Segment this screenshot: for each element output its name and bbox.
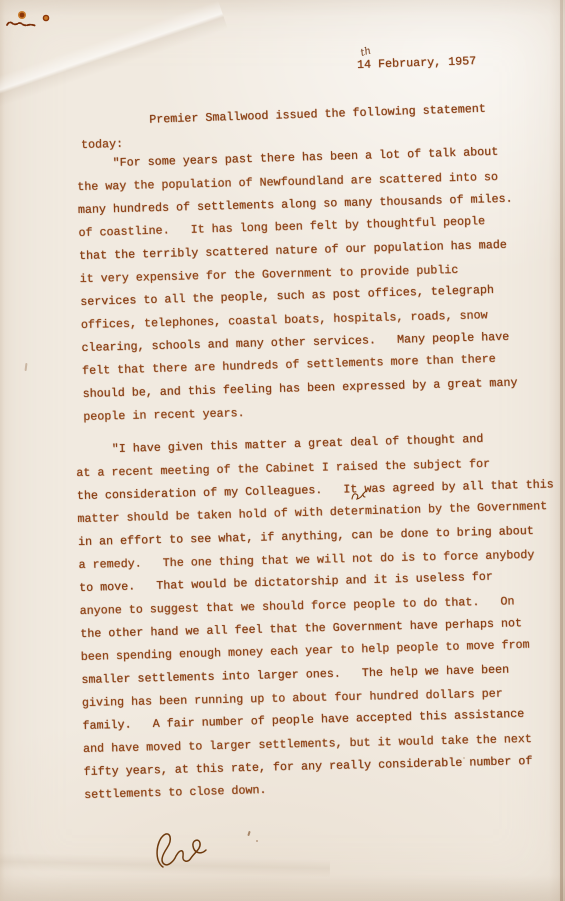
rust-squiggle xyxy=(7,22,36,26)
handwritten-initials-icon xyxy=(150,826,212,874)
ink-speck xyxy=(247,831,250,836)
scanned-page: 14 February, 1957 th Premier Smallwood i… xyxy=(0,0,565,901)
date-text: 14 February, 1957 xyxy=(357,54,477,72)
rust-ring xyxy=(43,15,48,20)
margin-mark xyxy=(25,363,28,371)
statement-paragraph-2: "I have given this matter a great deal o… xyxy=(76,427,562,807)
ink-speck xyxy=(256,840,258,842)
handwritten-pen-mark-icon xyxy=(350,488,370,502)
staple-rust-marks-icon xyxy=(2,6,62,42)
date-line: 14 February, 1957 th xyxy=(357,54,477,72)
rust-dot xyxy=(20,13,25,18)
ink-speck xyxy=(463,757,465,759)
statement-paragraph-1: "For some years past there has been a lo… xyxy=(76,142,518,429)
